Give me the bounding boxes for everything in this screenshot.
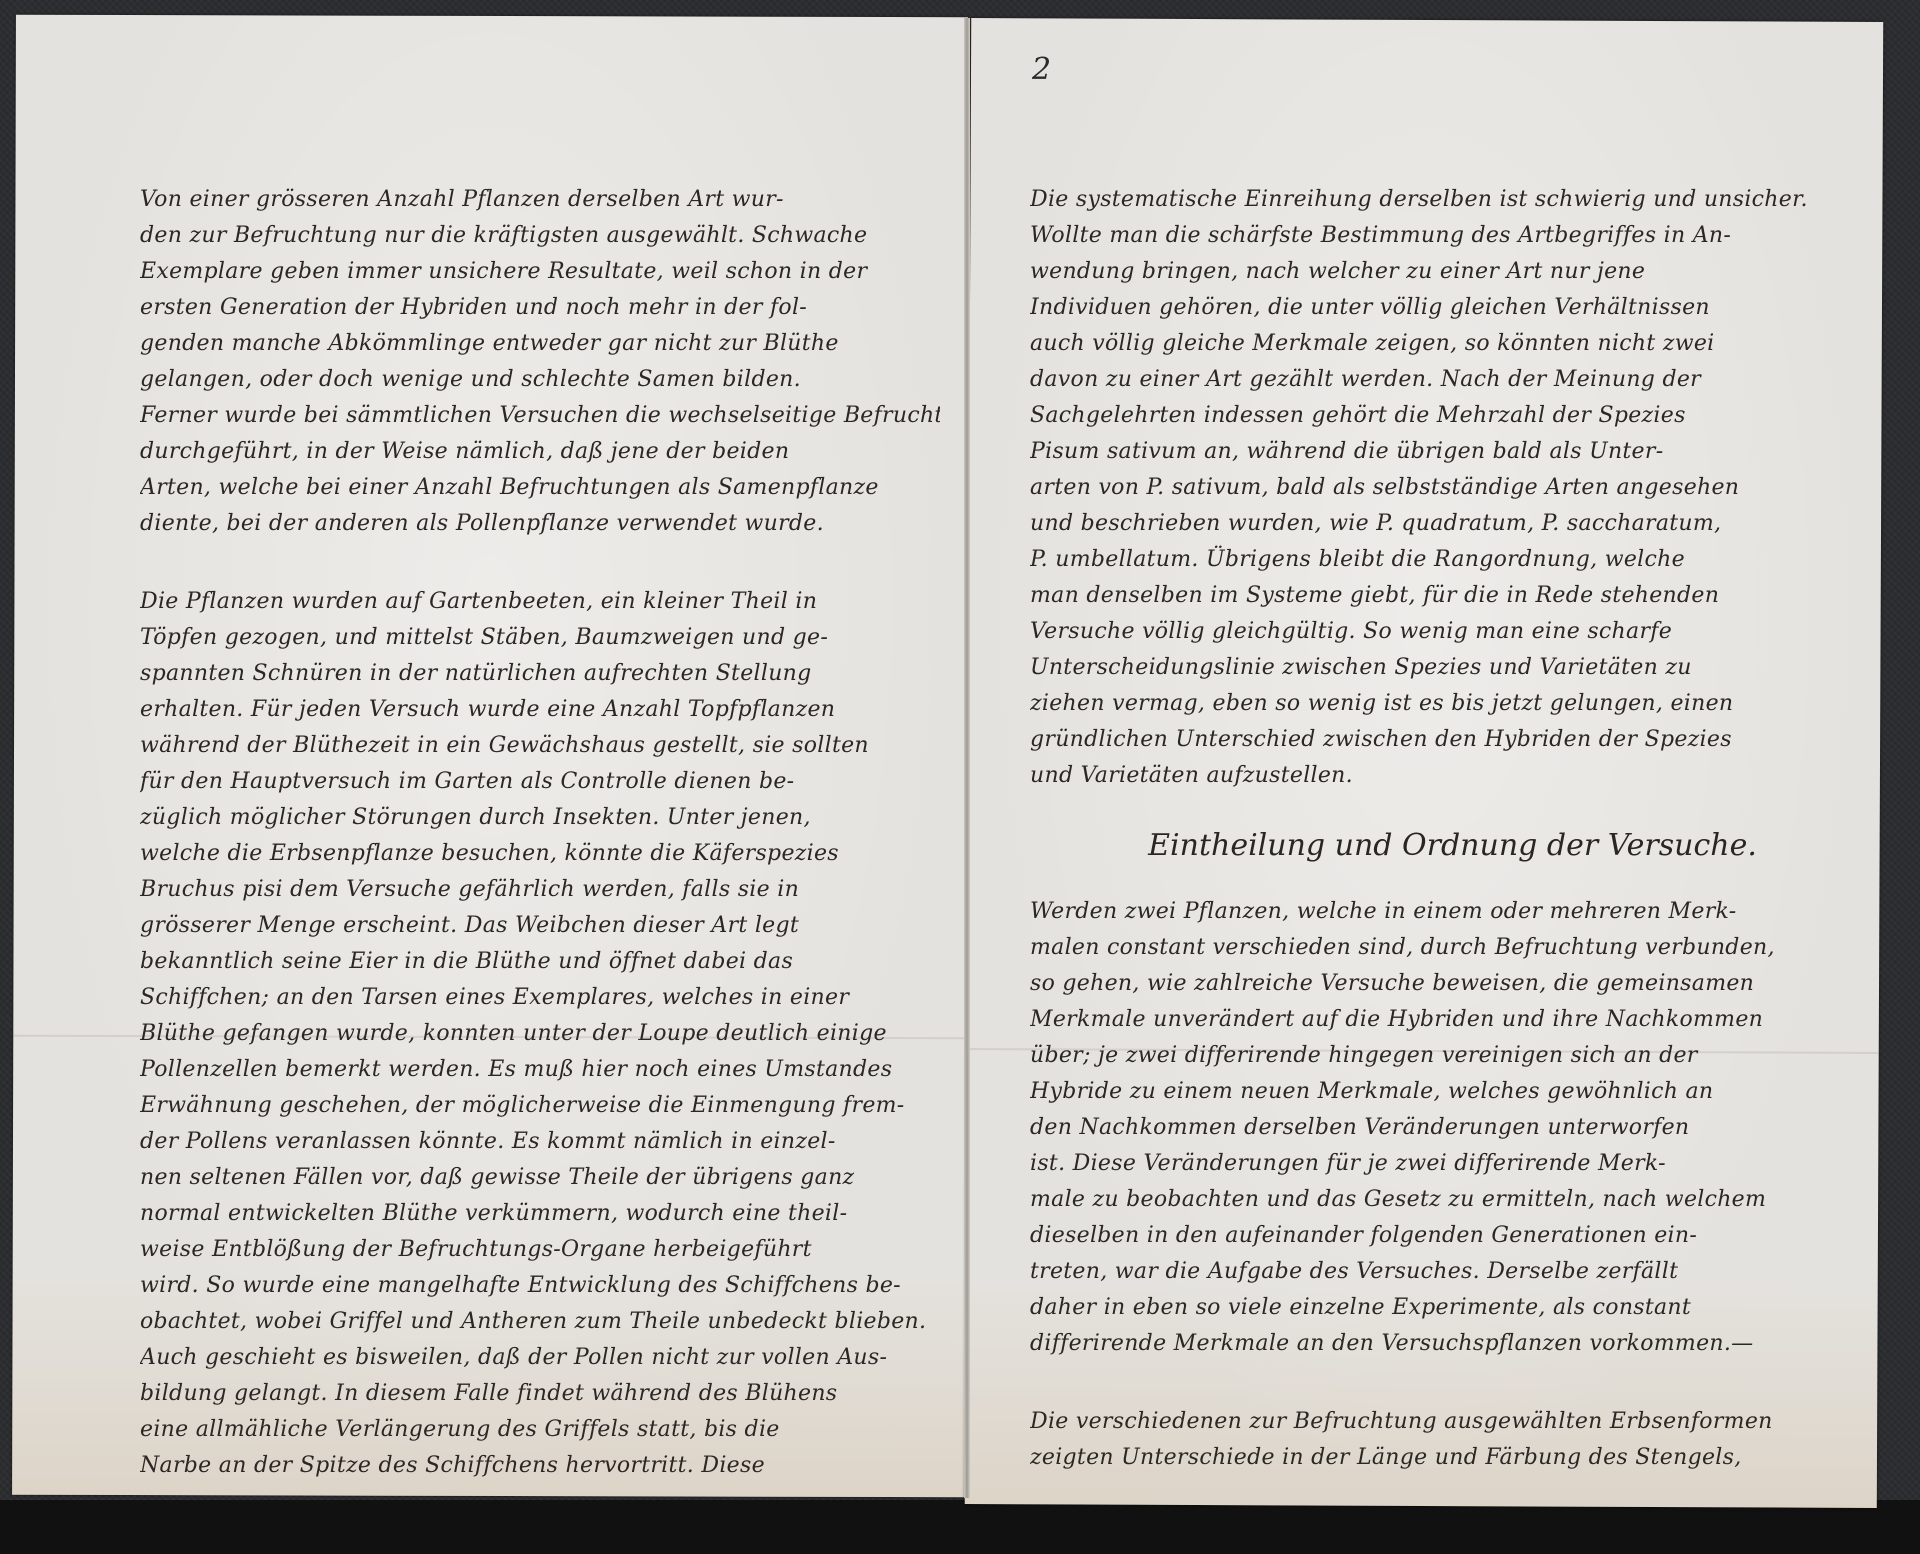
- text-line: P. umbellatum. Übrigens bleibt die Rango…: [1030, 542, 1875, 578]
- text-line: welche die Erbsenpflanze besuchen, könnt…: [140, 836, 940, 872]
- text-line: ist. Diese Veränderungen für je zwei dif…: [1030, 1146, 1875, 1182]
- text-line: arten von P. sativum, bald als selbststä…: [1030, 470, 1875, 506]
- text-line: ersten Generation der Hybriden und noch …: [140, 290, 940, 326]
- text-line: male zu beobachten und das Gesetz zu erm…: [1030, 1182, 1875, 1218]
- text-line: obachtet, wobei Griffel und Antheren zum…: [140, 1304, 940, 1340]
- text-line: zeigten Unterschiede in der Länge und Fä…: [1030, 1440, 1875, 1476]
- text-line: Auch geschieht es bisweilen, daß der Pol…: [140, 1340, 940, 1376]
- text-line: grösserer Menge erscheint. Das Weibchen …: [140, 908, 940, 944]
- text-line: den zur Befruchtung nur die kräftigsten …: [140, 218, 940, 254]
- paragraph-gap: [1030, 876, 1875, 894]
- text-line: treten, war die Aufgabe des Versuches. D…: [1030, 1254, 1875, 1290]
- text-line: Unterscheidungslinie zwischen Spezies un…: [1030, 650, 1875, 686]
- text-line: Die verschiedenen zur Befruchtung ausgew…: [1030, 1404, 1875, 1440]
- text-line: gelangen, oder doch wenige und schlechte…: [140, 362, 940, 398]
- text-line: Schiffchen; an den Tarsen eines Exemplar…: [140, 980, 940, 1016]
- text-line: den Nachkommen derselben Veränderungen u…: [1030, 1110, 1875, 1146]
- text-line: Wollte man die schärfste Bestimmung des …: [1030, 218, 1875, 254]
- text-line: bildung gelangt. In diesem Falle findet …: [140, 1376, 940, 1412]
- text-line: wendung bringen, nach welcher zu einer A…: [1030, 254, 1875, 290]
- text-line: erhalten. Für jeden Versuch wurde eine A…: [140, 692, 940, 728]
- text-line: man denselben im Systeme giebt, für die …: [1030, 578, 1875, 614]
- text-line: Werden zwei Pflanzen, welche in einem od…: [1030, 894, 1875, 930]
- text-line: Von einer grösseren Anzahl Pflanzen ders…: [140, 182, 940, 218]
- text-line: während der Blüthezeit in ein Gewächshau…: [140, 728, 940, 764]
- text-line: Arten, welche bei einer Anzahl Befruchtu…: [140, 470, 940, 506]
- text-line: Versuche völlig gleichgültig. So wenig m…: [1030, 614, 1875, 650]
- text-line: dieselben in den aufeinander folgenden G…: [1030, 1218, 1875, 1254]
- page-gutter: [964, 18, 970, 1498]
- text-line: und Varietäten aufzustellen.: [1030, 758, 1875, 794]
- text-line: spannten Schnüren in der natürlichen auf…: [140, 656, 940, 692]
- text-line: Exemplare geben immer unsichere Resultat…: [140, 254, 940, 290]
- paragraph: Die systematische Einreihung derselben i…: [1030, 182, 1875, 794]
- text-line: differirende Merkmale an den Versuchspfl…: [1030, 1326, 1875, 1362]
- text-line: für den Hauptversuch im Garten als Contr…: [140, 764, 940, 800]
- text-line: Merkmale unverändert auf die Hybriden un…: [1030, 1002, 1875, 1038]
- paragraph-gap: [1030, 1362, 1875, 1404]
- text-line: Töpfen gezogen, und mittelst Stäben, Bau…: [140, 620, 940, 656]
- text-line: Hybride zu einem neuen Merkmale, welches…: [1030, 1074, 1875, 1110]
- right-page-text: Die systematische Einreihung derselben i…: [1030, 182, 1875, 1476]
- paragraph: Die verschiedenen zur Befruchtung ausgew…: [1030, 1404, 1875, 1476]
- text-line: und beschrieben wurden, wie P. quadratum…: [1030, 506, 1875, 542]
- paragraph: Die Pflanzen wurden auf Gartenbeeten, ei…: [140, 584, 940, 1484]
- text-line: Pollenzellen bemerkt werden. Es muß hier…: [140, 1052, 940, 1088]
- text-line: nen seltenen Fällen vor, daß gewisse The…: [140, 1160, 940, 1196]
- text-line: genden manche Abkömmlinge entweder gar n…: [140, 326, 940, 362]
- text-line: daher in eben so viele einzelne Experime…: [1030, 1290, 1875, 1326]
- text-line: Die Pflanzen wurden auf Gartenbeeten, ei…: [140, 584, 940, 620]
- text-line: davon zu einer Art gezählt werden. Nach …: [1030, 362, 1875, 398]
- text-line: auch völlig gleiche Merkmale zeigen, so …: [1030, 326, 1875, 362]
- text-line: Sachgelehrten indessen gehört die Mehrza…: [1030, 398, 1875, 434]
- text-line: normal entwickelten Blüthe verkümmern, w…: [140, 1196, 940, 1232]
- text-line: Pisum sativum an, während die übrigen ba…: [1030, 434, 1875, 470]
- paragraph-gap: [1030, 794, 1875, 816]
- text-line: Blüthe gefangen wurde, konnten unter der…: [140, 1016, 940, 1052]
- paragraph: Von einer grösseren Anzahl Pflanzen ders…: [140, 182, 940, 542]
- text-line: ziehen vermag, eben so wenig ist es bis …: [1030, 686, 1875, 722]
- text-line: über; je zwei differirende hingegen vere…: [1030, 1038, 1875, 1074]
- text-line: weise Entblößung der Befruchtungs-Organe…: [140, 1232, 940, 1268]
- text-line: züglich möglicher Störungen durch Insekt…: [140, 800, 940, 836]
- section-heading: Eintheilung und Ordnung der Versuche.: [1030, 816, 1875, 876]
- page-number: 2: [1032, 52, 1051, 87]
- paragraph: Werden zwei Pflanzen, welche in einem od…: [1030, 894, 1875, 1362]
- text-line: Erwähnung geschehen, der möglicherweise …: [140, 1088, 940, 1124]
- text-line: Die systematische Einreihung derselben i…: [1030, 182, 1875, 218]
- text-line: durchgeführt, in der Weise nämlich, daß …: [140, 434, 940, 470]
- text-line: wird. So wurde eine mangelhafte Entwickl…: [140, 1268, 940, 1304]
- text-line: eine allmähliche Verlängerung des Griffe…: [140, 1412, 940, 1448]
- paragraph-gap: [140, 542, 940, 584]
- text-line: Individuen gehören, die unter völlig gle…: [1030, 290, 1875, 326]
- scanner-bed-bottom: [0, 1500, 1920, 1554]
- text-line: der Pollens veranlassen könnte. Es kommt…: [140, 1124, 940, 1160]
- text-line: bekanntlich seine Eier in die Blüthe und…: [140, 944, 940, 980]
- text-line: Ferner wurde bei sämmtlichen Versuchen d…: [140, 398, 940, 434]
- text-line: diente, bei der anderen als Pollenpflanz…: [140, 506, 940, 542]
- text-line: malen constant verschieden sind, durch B…: [1030, 930, 1875, 966]
- text-line: so gehen, wie zahlreiche Versuche beweis…: [1030, 966, 1875, 1002]
- left-page-text: Von einer grösseren Anzahl Pflanzen ders…: [140, 182, 940, 1484]
- text-line: Narbe an der Spitze des Schiffchens herv…: [140, 1448, 940, 1484]
- text-line: gründlichen Unterschied zwischen den Hyb…: [1030, 722, 1875, 758]
- text-line: Bruchus pisi dem Versuche gefährlich wer…: [140, 872, 940, 908]
